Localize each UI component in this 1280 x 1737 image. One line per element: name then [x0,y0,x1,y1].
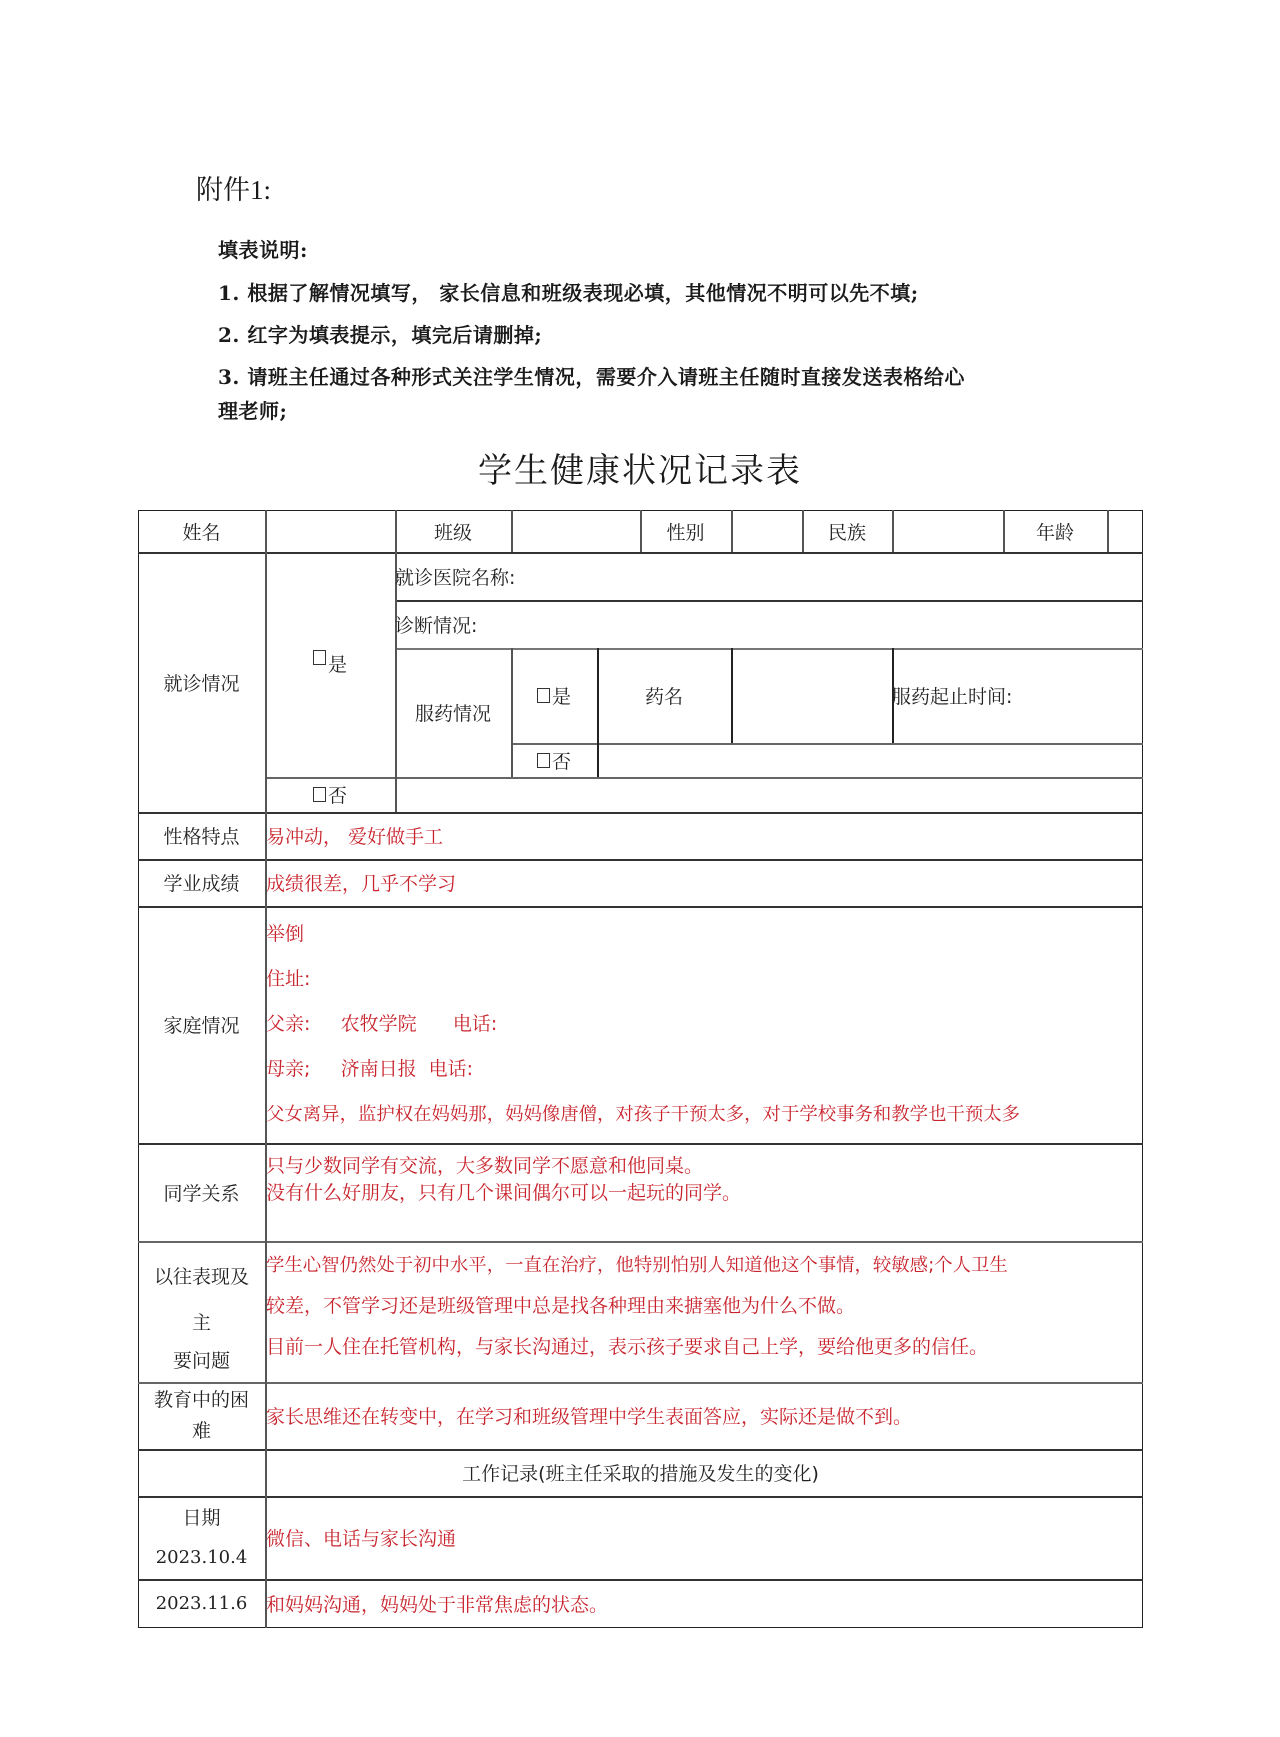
medical-label: 就诊情况 [138,552,265,812]
gender-label: 性别 [640,510,731,552]
history-label: 以往表现及 主 要问题 [138,1241,265,1382]
yes-label: 是 [328,650,347,677]
medical-yes-option[interactable]: 是 [265,552,395,777]
drug-name-field[interactable] [731,648,892,743]
history-line: 学生心智仍然处于初中水平，一直在治疗，他特别怕别人知道他这个事情，较敏感;个人卫… [266,1245,1008,1286]
work-log-date-cell: 日期 2023.10.4 [138,1496,265,1579]
medication-no-option[interactable]: 否 [511,743,597,777]
medication-label: 服药情况 [395,648,511,777]
history-field[interactable]: 学生心智仍然处于初中水平，一直在治疗，他特别怕别人知道他这个事情，较敏感;个人卫… [266,1241,1143,1382]
peers-line: 只与少数同学有交流，大多数同学不愿意和他同桌。 [266,1153,703,1180]
difficulties-label: 教育中的困 难 [138,1382,265,1449]
history-label-line: 以往表现及 [154,1254,249,1300]
academics-label: 学业成绩 [138,859,265,906]
family-note: 父女离异，监护权在妈妈那，妈妈像唐僧，对孩子干预太多，对于学校事务和教学也干预太… [266,1092,1020,1137]
instruction-2: 2. 红字为填表提示，填完后请删掉; [218,319,542,348]
entry-date: 2023.10.4 [156,1538,248,1578]
name-field[interactable] [265,510,395,552]
work-log-entry[interactable]: 微信、电话与家长沟通 [266,1496,1143,1579]
history-line: 较差，不管学习还是班级管理中总是找各种理由来搪塞他为什么不做。 [266,1286,855,1327]
difficulties-label-line: 难 [192,1416,211,1447]
checkbox-icon[interactable] [537,753,550,768]
peers-line: 没有什么好朋友，只有几个课间偶尔可以一起玩的同学。 [266,1180,741,1207]
family-field[interactable]: 举倒 住址: 父亲: 农牧学院 电话: 母亲; 济南日报 电话: 父女离异，监护… [266,906,1143,1143]
history-line: 目前一人住在托管机构，与家长沟通过，表示孩子要求自己上学，要给他更多的信任。 [266,1327,988,1368]
yes-label: 是 [552,682,571,709]
hospital-field[interactable]: 就诊医院名称: [395,552,1143,600]
medical-no-option[interactable]: 否 [265,777,395,812]
family-father: 父亲: 农牧学院 电话: [266,1002,497,1047]
instruction-3: 3. 请班主任通过各种形式关注学生情况，需要介入请班主任随时直接发送表格给心 [218,361,965,390]
checkbox-icon[interactable] [313,787,326,802]
family-mother: 母亲; 济南日报 电话: [266,1047,473,1092]
diagnosis-field[interactable]: 诊断情况: [395,600,1143,648]
difficulties-label-line: 教育中的困 [154,1385,249,1416]
instructions-title: 填表说明: [218,234,308,263]
drug-name-label: 药名 [597,648,731,743]
ethnicity-label: 民族 [802,510,892,552]
age-field[interactable] [1107,510,1143,552]
name-label: 姓名 [138,510,265,552]
family-label: 家庭情况 [138,906,265,1143]
gender-field[interactable] [731,510,802,552]
work-log-entry[interactable]: 和妈妈沟通，妈妈处于非常焦虑的状态。 [266,1579,1143,1628]
medication-yes-option[interactable]: 是 [511,648,597,743]
difficulties-field[interactable]: 家长思维还在转变中，在学习和班级管理中学生表面答应，实际还是做不到。 [266,1382,1143,1449]
history-label-line: 要问题 [173,1346,230,1376]
no-label: 否 [328,781,347,808]
date-header: 日期 [182,1498,220,1538]
checkbox-icon[interactable] [537,688,550,703]
history-label-line: 主 [192,1300,211,1346]
attachment-label: 附件1: [196,168,271,207]
diagnosis-label: 诊断情况: [395,611,477,638]
age-label: 年龄 [1003,510,1107,552]
instruction-3-cont: 理老师; [218,395,287,424]
form-title: 学生健康状况记录表 [0,443,1280,492]
class-label: 班级 [395,510,511,552]
family-address: 住址: [266,957,310,1002]
academics-field[interactable]: 成绩很差，几乎不学习 [266,859,1143,906]
family-line: 举倒 [266,912,304,957]
work-log-title: 工作记录(班主任采取的措施及发生的变化) [138,1449,1143,1496]
personality-field[interactable]: 易冲动， 爱好做手工 [266,812,1143,859]
instruction-1: 1. 根据了解情况填写， 家长信息和班级表现必填，其他情况不明可以先不填; [218,277,919,306]
checkbox-icon[interactable] [313,650,326,665]
no-label: 否 [552,747,571,774]
peers-label: 同学关系 [138,1143,265,1241]
divider [511,743,1143,745]
ethnicity-field[interactable] [892,510,1003,552]
hospital-label: 就诊医院名称: [395,563,515,590]
class-field[interactable] [511,510,640,552]
medication-period-label: 服药起止时间: [892,682,1012,709]
divider [265,777,1143,779]
peers-field[interactable]: 只与少数同学有交流，大多数同学不愿意和他同桌。 没有什么好朋友，只有几个课间偶尔… [266,1143,1143,1241]
entry-date: 2023.11.6 [138,1579,265,1628]
personality-label: 性格特点 [138,812,265,859]
medication-period-field[interactable]: 服药起止时间: [892,648,1143,743]
